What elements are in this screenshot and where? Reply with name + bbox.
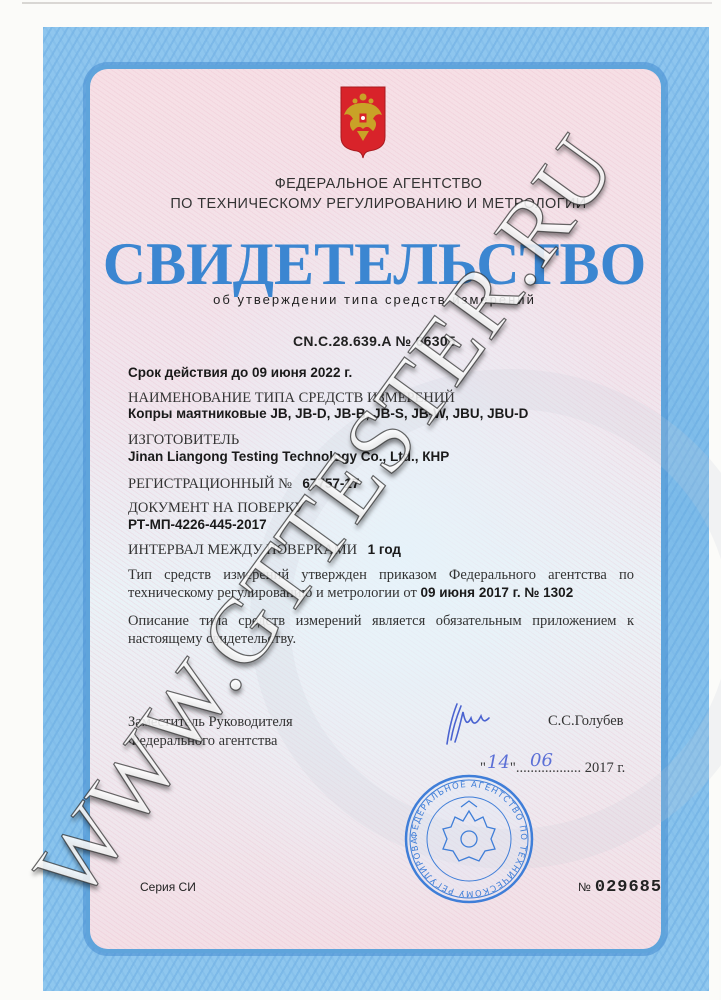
agency-name-line2: ПО ТЕХНИЧЕСКОМУ РЕГУЛИРОВАНИЮ И МЕТРОЛОГ… (18, 194, 721, 214)
series-label: Серия СИ (140, 880, 196, 894)
scan-edge (22, 2, 712, 4)
registration-value: 67757-17 (302, 476, 359, 491)
signatory-name: С.С.Голубев (548, 713, 624, 730)
interval-value: 1 год (368, 542, 401, 557)
handwritten-month: 06 (530, 750, 553, 771)
manufacturer-value: Jinan Liangong Testing Technology Co., L… (128, 449, 449, 464)
manufacturer-label: ИЗГОТОВИТЕЛЬ (128, 432, 239, 449)
approval-order-ref: 09 июня 2017 г. № 1302 (420, 585, 573, 600)
document-title: СВИДЕТЕЛЬСТВО (0, 232, 721, 296)
interval-row: ИНТЕРВАЛ МЕЖДУ ПОВЕРКАМИ 1 год (128, 541, 401, 559)
validity-period: Срок действия до 09 июня 2022 г. (128, 365, 352, 380)
signatory-position: Заместитель Руководителя Федерального аг… (128, 713, 293, 751)
interval-label: ИНТЕРВАЛ МЕЖДУ ПОВЕРКАМИ (128, 542, 357, 558)
serial-number: №029685 (578, 878, 662, 897)
certificate-number: CN.C.28.639.A № 66305 (0, 333, 721, 349)
description-note: Описание типа средств измерений является… (128, 612, 634, 648)
agency-name-line1: ФЕДЕРАЛЬНОЕ АГЕНТСТВО (18, 174, 721, 194)
verification-doc-label: ДОКУМЕНТ НА ПОВЕРКУ (128, 500, 304, 517)
signatory-position-line2: Федерального агентства (128, 732, 293, 751)
type-name-value: Копры маятниковые JB, JB-D, JB-B, JB-S, … (128, 406, 528, 421)
approval-paragraph: Тип средств измерений утвержден приказом… (128, 566, 634, 602)
serial-prefix: № (578, 880, 591, 894)
signatory-position-line1: Заместитель Руководителя (128, 713, 293, 732)
signature-icon (435, 700, 495, 750)
registration-row: РЕГИСТРАЦИОННЫЙ № 67757-17 (128, 475, 359, 493)
coat-of-arms-icon (339, 85, 387, 159)
registration-label: РЕГИСТРАЦИОННЫЙ № (128, 476, 292, 492)
signing-year: 2017 г. (585, 760, 626, 776)
document-subtitle: об утверждении типа средств измерений (0, 292, 721, 307)
serial-number-value: 029685 (595, 878, 662, 897)
official-stamp-icon: ФЕДЕРАЛЬНОЕ АГЕНТСТВО ПО ТЕХНИЧЕСКОМУ РЕ… (403, 773, 535, 905)
verification-doc-value: РТ-МП-4226-445-2017 (128, 517, 267, 532)
handwritten-day: 14 (487, 752, 510, 773)
type-name-label: НАИМЕНОВАНИЕ ТИПА СРЕДСТВ ИЗМЕРЕНИЙ (128, 390, 455, 407)
